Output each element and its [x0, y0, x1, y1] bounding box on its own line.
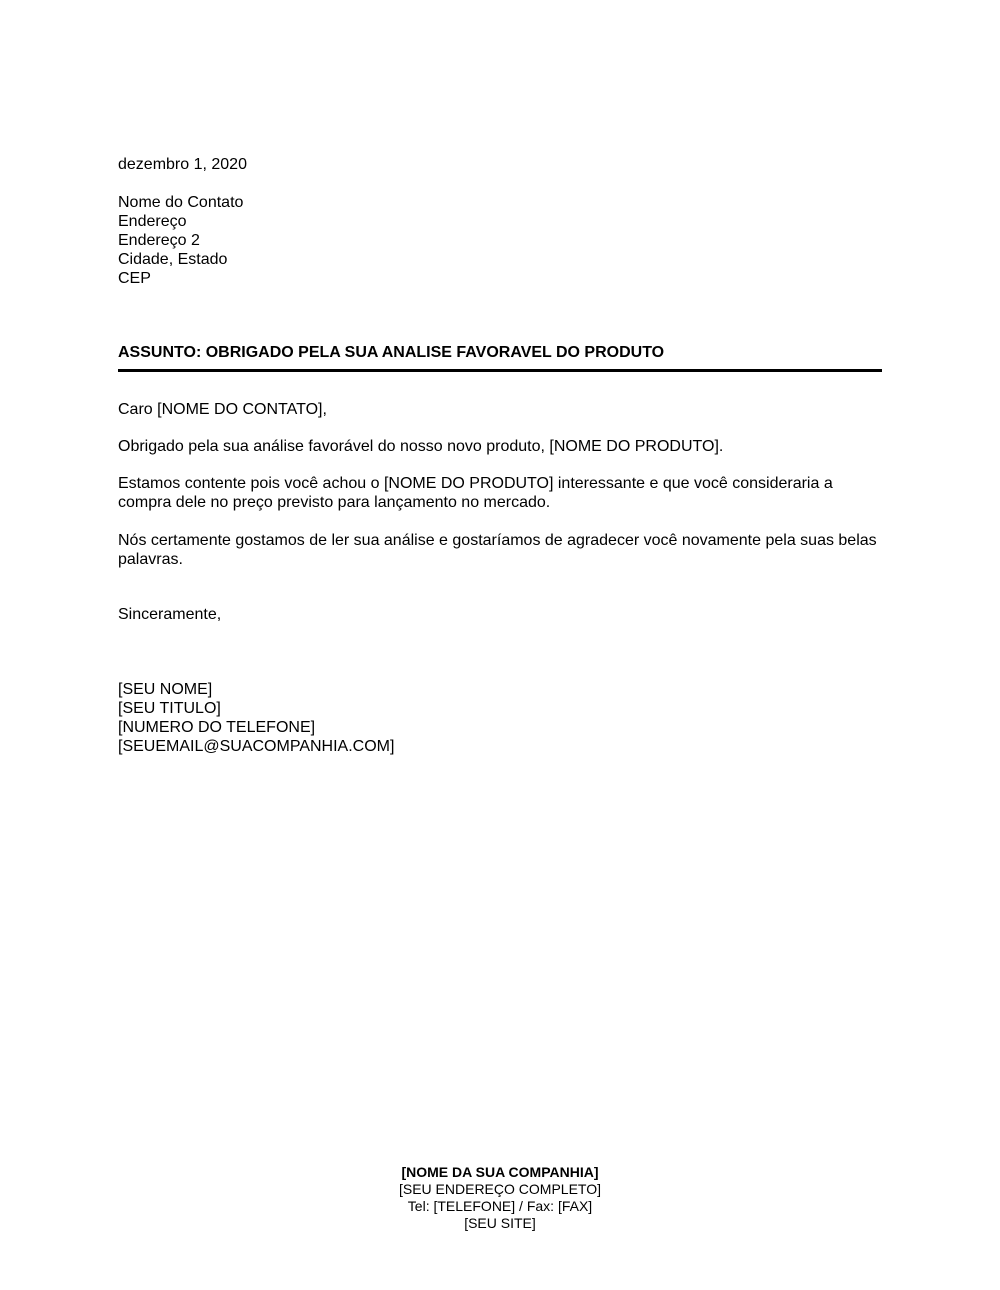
recipient-zip: CEP — [118, 269, 243, 288]
body-paragraph: Nós certamente gostamos de ler sua análi… — [118, 531, 888, 569]
closing: Sinceramente, — [118, 605, 221, 624]
recipient-name: Nome do Contato — [118, 193, 243, 212]
recipient-city-state: Cidade, Estado — [118, 250, 243, 269]
signer-phone: [NUMERO DO TELEFONE] — [118, 718, 394, 737]
footer-contact: Tel: [TELEFONE] / Fax: [FAX] — [0, 1198, 1000, 1215]
salutation: Caro [NOME DO CONTATO], — [118, 400, 327, 419]
subject-heading: ASSUNTO: OBRIGADO PELA SUA ANALISE FAVOR… — [118, 343, 664, 362]
recipient-address-line2: Endereço 2 — [118, 231, 243, 250]
signature-block: [SEU NOME] [SEU TITULO] [NUMERO DO TELEF… — [118, 680, 394, 756]
signer-name: [SEU NOME] — [118, 680, 394, 699]
subject-divider — [118, 369, 882, 372]
recipient-address-line1: Endereço — [118, 212, 243, 231]
footer-site: [SEU SITE] — [0, 1215, 1000, 1232]
letter-date: dezembro 1, 2020 — [118, 155, 247, 174]
footer-company-name: [NOME DA SUA COMPANHIA] — [0, 1164, 1000, 1181]
signer-email: [SEUEMAIL@SUACOMPANHIA.COM] — [118, 737, 394, 756]
company-footer: [NOME DA SUA COMPANHIA] [SEU ENDEREÇO CO… — [0, 1164, 1000, 1232]
signer-title: [SEU TITULO] — [118, 699, 394, 718]
body-paragraph: Estamos contente pois você achou o [NOME… — [118, 474, 888, 512]
recipient-address: Nome do Contato Endereço Endereço 2 Cida… — [118, 193, 243, 288]
body-paragraph: Obrigado pela sua análise favorável do n… — [118, 437, 723, 456]
footer-address: [SEU ENDEREÇO COMPLETO] — [0, 1181, 1000, 1198]
letter-page: dezembro 1, 2020 Nome do Contato Endereç… — [0, 0, 1000, 1290]
